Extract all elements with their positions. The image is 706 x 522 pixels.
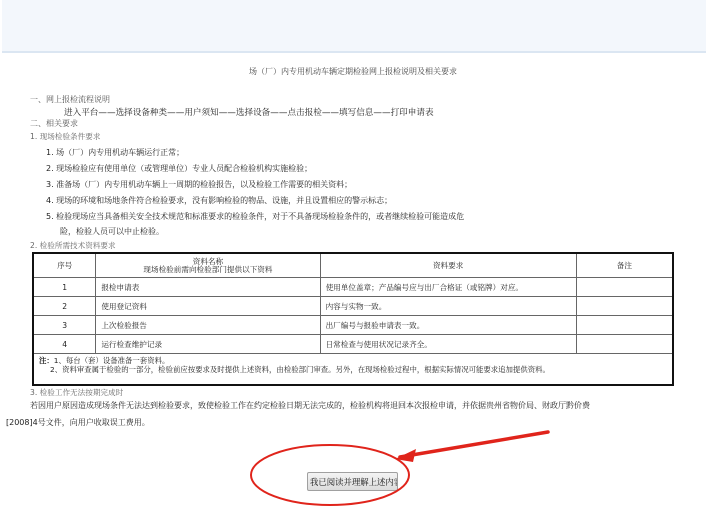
table-note: 注：1、每台（套）设备准备一套资料。 2、资料审查属于检验的一部分，检验前应按要… — [33, 354, 673, 386]
top-banner — [2, 0, 706, 53]
arrow-head-icon — [395, 449, 416, 462]
note-label: 注： — [39, 356, 54, 365]
table-row: 4 运行检查维护记录 日常检查与使用状况记录齐全。 — [33, 335, 673, 354]
cell-remark — [576, 316, 673, 335]
delay-paragraph-line1: 若因用户原因造成现场条件无法达到检验要求，致使检验工作在约定检验日期无法完成的，… — [6, 397, 696, 414]
subheading-documents: 2. 检验所需技术资料要求 — [30, 240, 116, 251]
page-title: 场（厂）内专用机动车辆定期检验网上报检说明及相关要求 — [0, 66, 706, 77]
condition-item: 2. 现场检验应有使用单位（或管理单位）专业人员配合检验机构实施检验； — [46, 163, 312, 174]
cell-remark — [576, 278, 673, 297]
col-header-requirement: 资料要求 — [320, 253, 576, 278]
condition-item: 1. 场（厂）内专用机动车辆运行正常； — [46, 147, 184, 158]
condition-item-continued: 险，检验人员可以中止检验。 — [60, 226, 164, 237]
cell-name: 运行检查维护记录 — [96, 335, 320, 354]
note-2: 2、资料审查属于检验的一部分，检验前应按要求及时提供上述资料，由检验部门审查。另… — [39, 365, 667, 374]
subheading-site-conditions: 1. 现场检验条件要求 — [30, 131, 100, 142]
table-row: 1 报检申请表 使用单位盖章；产品编号应与出厂合格证（或铭牌）对应。 — [33, 278, 673, 297]
table-row: 3 上次检验报告 出厂编号与报验申请表一致。 — [33, 316, 673, 335]
table-row: 2 使用登记资料 内容与实物一致。 — [33, 297, 673, 316]
confirm-read-button[interactable]: 我已阅读并理解上述内容 — [307, 472, 398, 491]
section-heading-requirements: 二、相关要求 — [30, 118, 78, 129]
col-header-remark: 备注 — [576, 253, 673, 278]
cell-requirement: 日常检查与使用状况记录齐全。 — [320, 335, 576, 354]
cell-requirement: 出厂编号与报验申请表一致。 — [320, 316, 576, 335]
condition-item: 4. 现场的环境和场地条件符合检验要求，没有影响检验的物品、设施，并且设置相应的… — [46, 195, 392, 206]
note-1: 1、每台（套）设备准备一套资料。 — [54, 356, 170, 365]
cell-no: 3 — [33, 316, 96, 335]
cell-no: 1 — [33, 278, 96, 297]
flow-description: 进入平台——选择设备种类——用户须知——选择设备——点击报检——填写信息——打印… — [64, 106, 434, 118]
col-header-name-line2: 现场检验前需向检验部门提供以下资料 — [101, 266, 314, 274]
table-note-row: 注：1、每台（套）设备准备一套资料。 2、资料审查属于检验的一部分，检验前应按要… — [33, 354, 673, 386]
highlight-arrow — [400, 432, 548, 457]
condition-item: 3. 准备场（厂）内专用机动车辆上一周期的检验报告，以及检验工作需要的相关资料； — [46, 179, 352, 190]
section-heading-flow: 一、网上报检流程说明 — [30, 94, 110, 105]
col-header-name: 资料名称 现场检验前需向检验部门提供以下资料 — [96, 253, 320, 278]
cell-name: 上次检验报告 — [96, 316, 320, 335]
cell-requirement: 使用单位盖章；产品编号应与出厂合格证（或铭牌）对应。 — [320, 278, 576, 297]
condition-item: 5. 检验现场应当具备相关安全技术规范和标准要求的检验条件，对于不具备现场检验条… — [46, 211, 464, 222]
documents-table: 序号 资料名称 现场检验前需向检验部门提供以下资料 资料要求 备注 1 报检申请… — [32, 252, 674, 386]
delay-paragraph: 若因用户原因造成现场条件无法达到检验要求，致使检验工作在约定检验日期无法完成的，… — [6, 397, 696, 431]
cell-requirement: 内容与实物一致。 — [320, 297, 576, 316]
cell-no: 2 — [33, 297, 96, 316]
delay-paragraph-line2: [2008]4号文件，向用户收取误工费用。 — [6, 414, 696, 431]
cell-name: 使用登记资料 — [96, 297, 320, 316]
cell-no: 4 — [33, 335, 96, 354]
col-header-no: 序号 — [33, 253, 96, 278]
cell-remark — [576, 297, 673, 316]
table-header-row: 序号 资料名称 现场检验前需向检验部门提供以下资料 资料要求 备注 — [33, 253, 673, 278]
cell-remark — [576, 335, 673, 354]
cell-name: 报检申请表 — [96, 278, 320, 297]
